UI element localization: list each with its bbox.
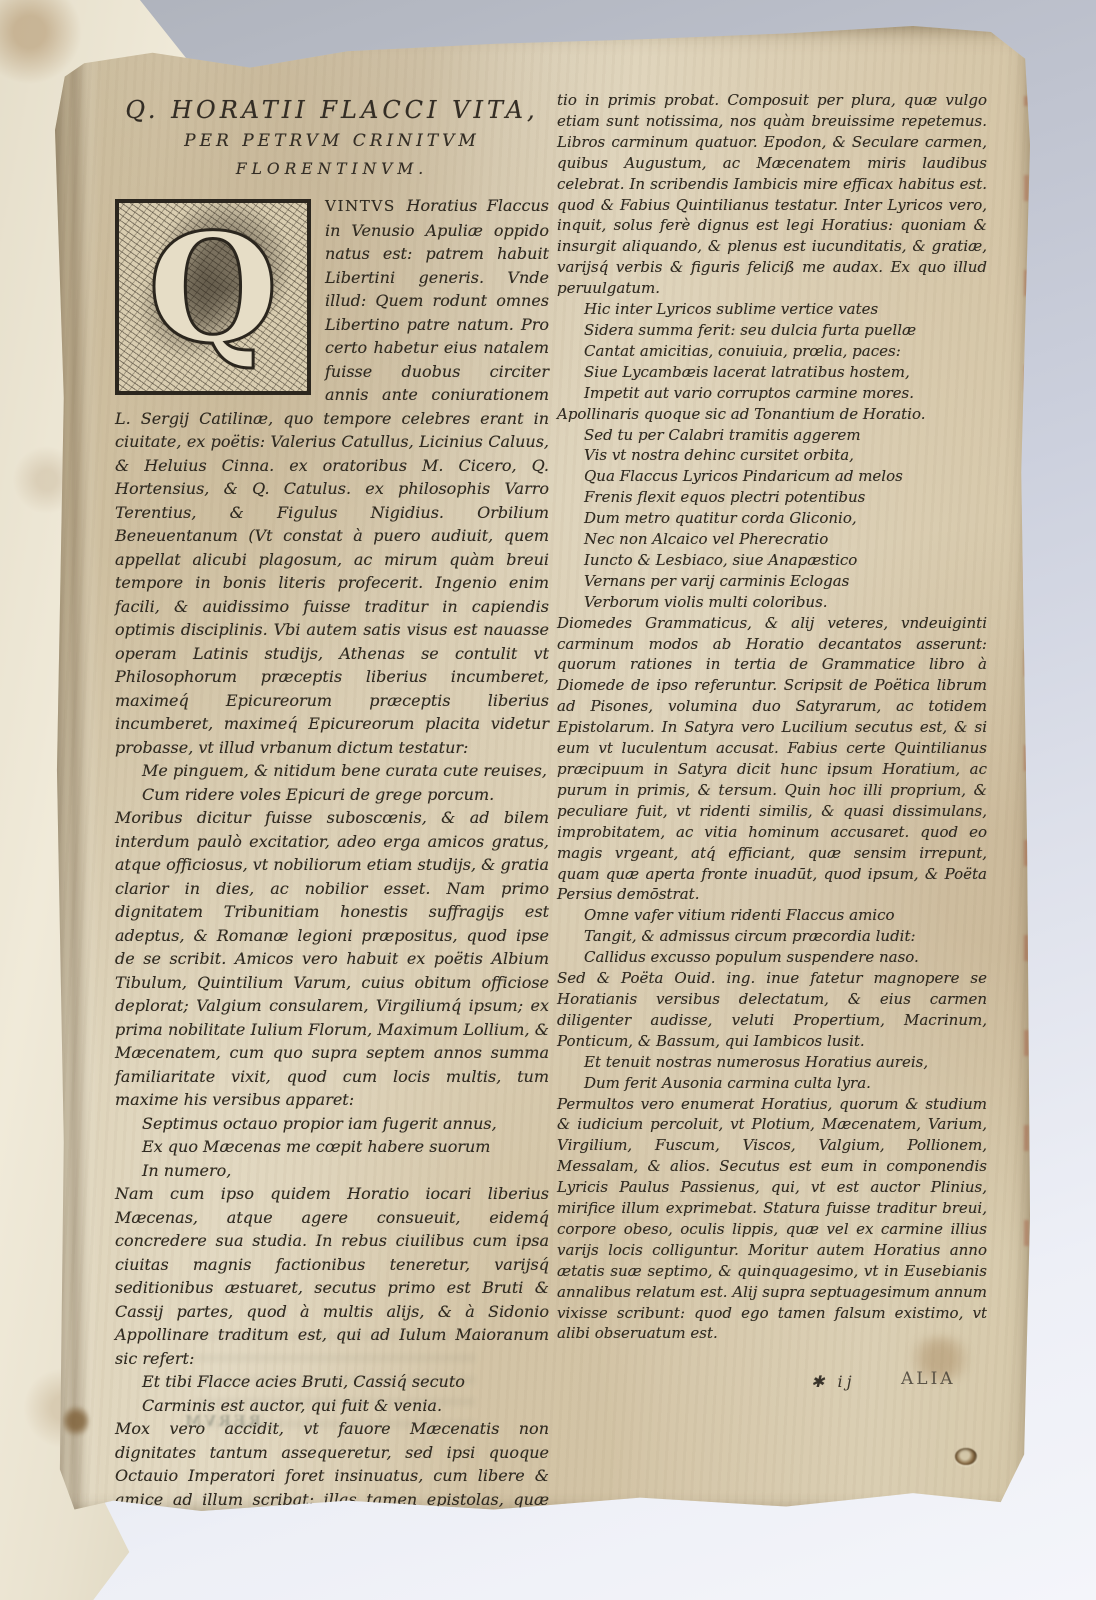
verse-line: Sidera summa ferit: seu dulcia furta pue… xyxy=(584,320,987,341)
verse-line: Omne vafer vitium ridenti Flaccus amico xyxy=(584,905,987,926)
verse-line: Et tibi Flacce acies Bruti, Cassiq́ secu… xyxy=(142,1370,549,1394)
paragraph: Apollinaris quoque sic ad Tonantium de H… xyxy=(557,404,987,425)
opening-paragraph: QVINTVS Horatius Flaccus in Venusio Apul… xyxy=(115,194,549,759)
verse-line: Verborum violis multi coloribus. xyxy=(584,592,987,613)
verse-line: Nec non Alcaico vel Pherecratio xyxy=(584,529,987,550)
verse-line: Vernans per varij carminis Eclogas xyxy=(584,571,987,592)
verse-quotation: Hic inter Lyricos sublime vertice vatesS… xyxy=(584,299,987,404)
woodcut-initial-q: Q xyxy=(115,199,311,395)
verse-quotation: Sed tu per Calabri tramitis aggeremVis v… xyxy=(584,425,987,613)
verse-line: Me pinguem, & nitidum bene curata cute r… xyxy=(142,759,549,783)
red-edge-stain-right xyxy=(1024,96,1029,1246)
paragraph: Moribus dicitur fuisse suboscœnis, & ad … xyxy=(115,806,549,1112)
verse-line: Frenis flexit equos plectri potentibus xyxy=(584,487,987,508)
signature-mark: ✱ ij xyxy=(811,1372,856,1391)
verse-line: Carminis est auctor, qui fuit & venia. xyxy=(142,1394,549,1418)
paragraph: tio in primis probat. Composuit per plur… xyxy=(557,90,987,299)
verse-line: Septimus octauo propior iam fugerit annu… xyxy=(142,1112,549,1136)
verse-quotation: Omne vafer vitium ridenti Flaccus amicoT… xyxy=(584,905,987,968)
verse-quotation: Septimus octauo propior iam fugerit annu… xyxy=(142,1112,549,1183)
verse-line: Ex quo Mæcenas me cœpit habere suorum xyxy=(142,1135,549,1159)
title-line-1: Q. HORATII FLACCI VITA, xyxy=(115,94,549,126)
text-column-left: Q. HORATII FLACCI VITA, PER PETRVM CRINI… xyxy=(115,94,549,1600)
verse-line: Impetit aut vario corruptos carmine more… xyxy=(584,383,987,404)
text-column-right: tio in primis probat. Composuit per plur… xyxy=(557,90,987,1344)
verse-line: Qua Flaccus Lyricos Pindaricum ad melos xyxy=(584,466,987,487)
paragraph: Diomedes Grammaticus, & alij veteres, vn… xyxy=(557,613,987,906)
drop-cap-letter: Q xyxy=(148,214,279,364)
verse-line: Siue Lycambæis lacerat latratibus hostem… xyxy=(584,362,987,383)
title-line-3: FLORENTINVM. xyxy=(115,156,549,182)
paragraph: Nam cum ipso quidem Horatio iocari liber… xyxy=(115,1182,549,1370)
paragraph: Mox vero accidit, vt fauore Mæcenatis no… xyxy=(115,1417,549,1600)
column-right-blocks: tio in primis probat. Composuit per plur… xyxy=(557,90,987,1344)
verse-line: Dum ferit Ausonia carmina culta lyra. xyxy=(584,1073,987,1094)
verse-line: Vis vt nostra dehinc cursitet orbita, xyxy=(584,445,987,466)
verse-line: In numero, xyxy=(142,1159,549,1183)
wormhole-stain xyxy=(955,1448,977,1465)
column-left-blocks: QVINTVS Horatius Flaccus in Venusio Apul… xyxy=(115,194,549,1600)
verse-line: Iuncto & Lesbiaco, siue Anapæstico xyxy=(584,550,987,571)
verse-line: Sed tu per Calabri tramitis aggerem xyxy=(584,425,987,446)
verse-line: Tangit, & admissus circum præcordia ludi… xyxy=(584,926,987,947)
gutter-crease xyxy=(71,26,101,1514)
book-page: RERVM Q. HORATII FLACCI VITA, PER PETRVM… xyxy=(55,26,1030,1514)
verse-line: Hic inter Lyricos sublime vertice vates xyxy=(584,299,987,320)
paragraph: Permultos vero enumerat Horatius, quorum… xyxy=(557,1094,987,1345)
verse-line: Callidus excusso populum suspendere naso… xyxy=(584,947,987,968)
title-line-2: PER PETRVM CRINITVM xyxy=(115,126,549,156)
incipit-small-caps: VINTVS xyxy=(325,197,406,215)
verse-quotation: Me pinguem, & nitidum bene curata cute r… xyxy=(142,759,549,806)
ink-stain xyxy=(63,1404,89,1438)
verse-line: Et tenuit nostras numerosus Horatius aur… xyxy=(584,1052,987,1073)
page-title: Q. HORATII FLACCI VITA, PER PETRVM CRINI… xyxy=(115,94,549,182)
verse-line: Cantat amicitias, conuiuia, prœlia, pace… xyxy=(584,341,987,362)
paragraph: Sed & Poëta Ouid. ing. inue fatetur magn… xyxy=(557,968,987,1052)
verse-quotation: Et tibi Flacce acies Bruti, Cassiq́ secu… xyxy=(142,1370,549,1417)
verse-quotation: Et tenuit nostras numerosus Horatius aur… xyxy=(584,1052,987,1094)
book-photo: RERVM Q. HORATII FLACCI VITA, PER PETRVM… xyxy=(0,0,1096,1600)
verse-line: Cum ridere voles Epicuri de grege porcum… xyxy=(142,783,549,807)
catchword: ALIA xyxy=(901,1369,956,1389)
verse-line: Dum metro quatitur corda Gliconio, xyxy=(584,508,987,529)
